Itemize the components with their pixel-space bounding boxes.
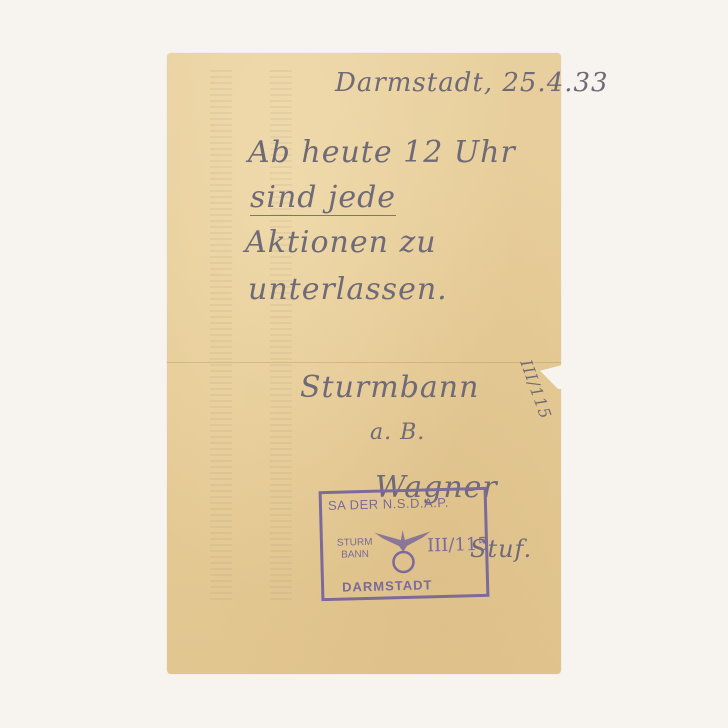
signature-sub: a. B. [370, 420, 425, 445]
stamp-unit: III/115 [427, 534, 489, 557]
place-date: Darmstadt, 25.4.33 [335, 68, 609, 98]
stamp-top-text: SA DER N.S.D.A.P. [328, 495, 449, 513]
paper-fold [167, 362, 561, 363]
note-line-3: Aktionen zu [245, 225, 437, 260]
signature-title: Sturmbann [300, 370, 479, 405]
stamp-left-text: STURM BANN [337, 537, 373, 562]
eagle-emblem-icon [372, 517, 433, 575]
note-line-2: sind jede [250, 180, 396, 215]
note-line-1: Ab heute 12 Uhr [248, 135, 516, 170]
printed-bleedthrough [210, 70, 232, 600]
note-line-4: unterlassen. [248, 272, 448, 307]
official-stamp: SA DER N.S.D.A.P. STURM BANN III/115 DAR… [319, 487, 490, 601]
stamp-bottom-text: DARMSTADT [342, 577, 433, 594]
